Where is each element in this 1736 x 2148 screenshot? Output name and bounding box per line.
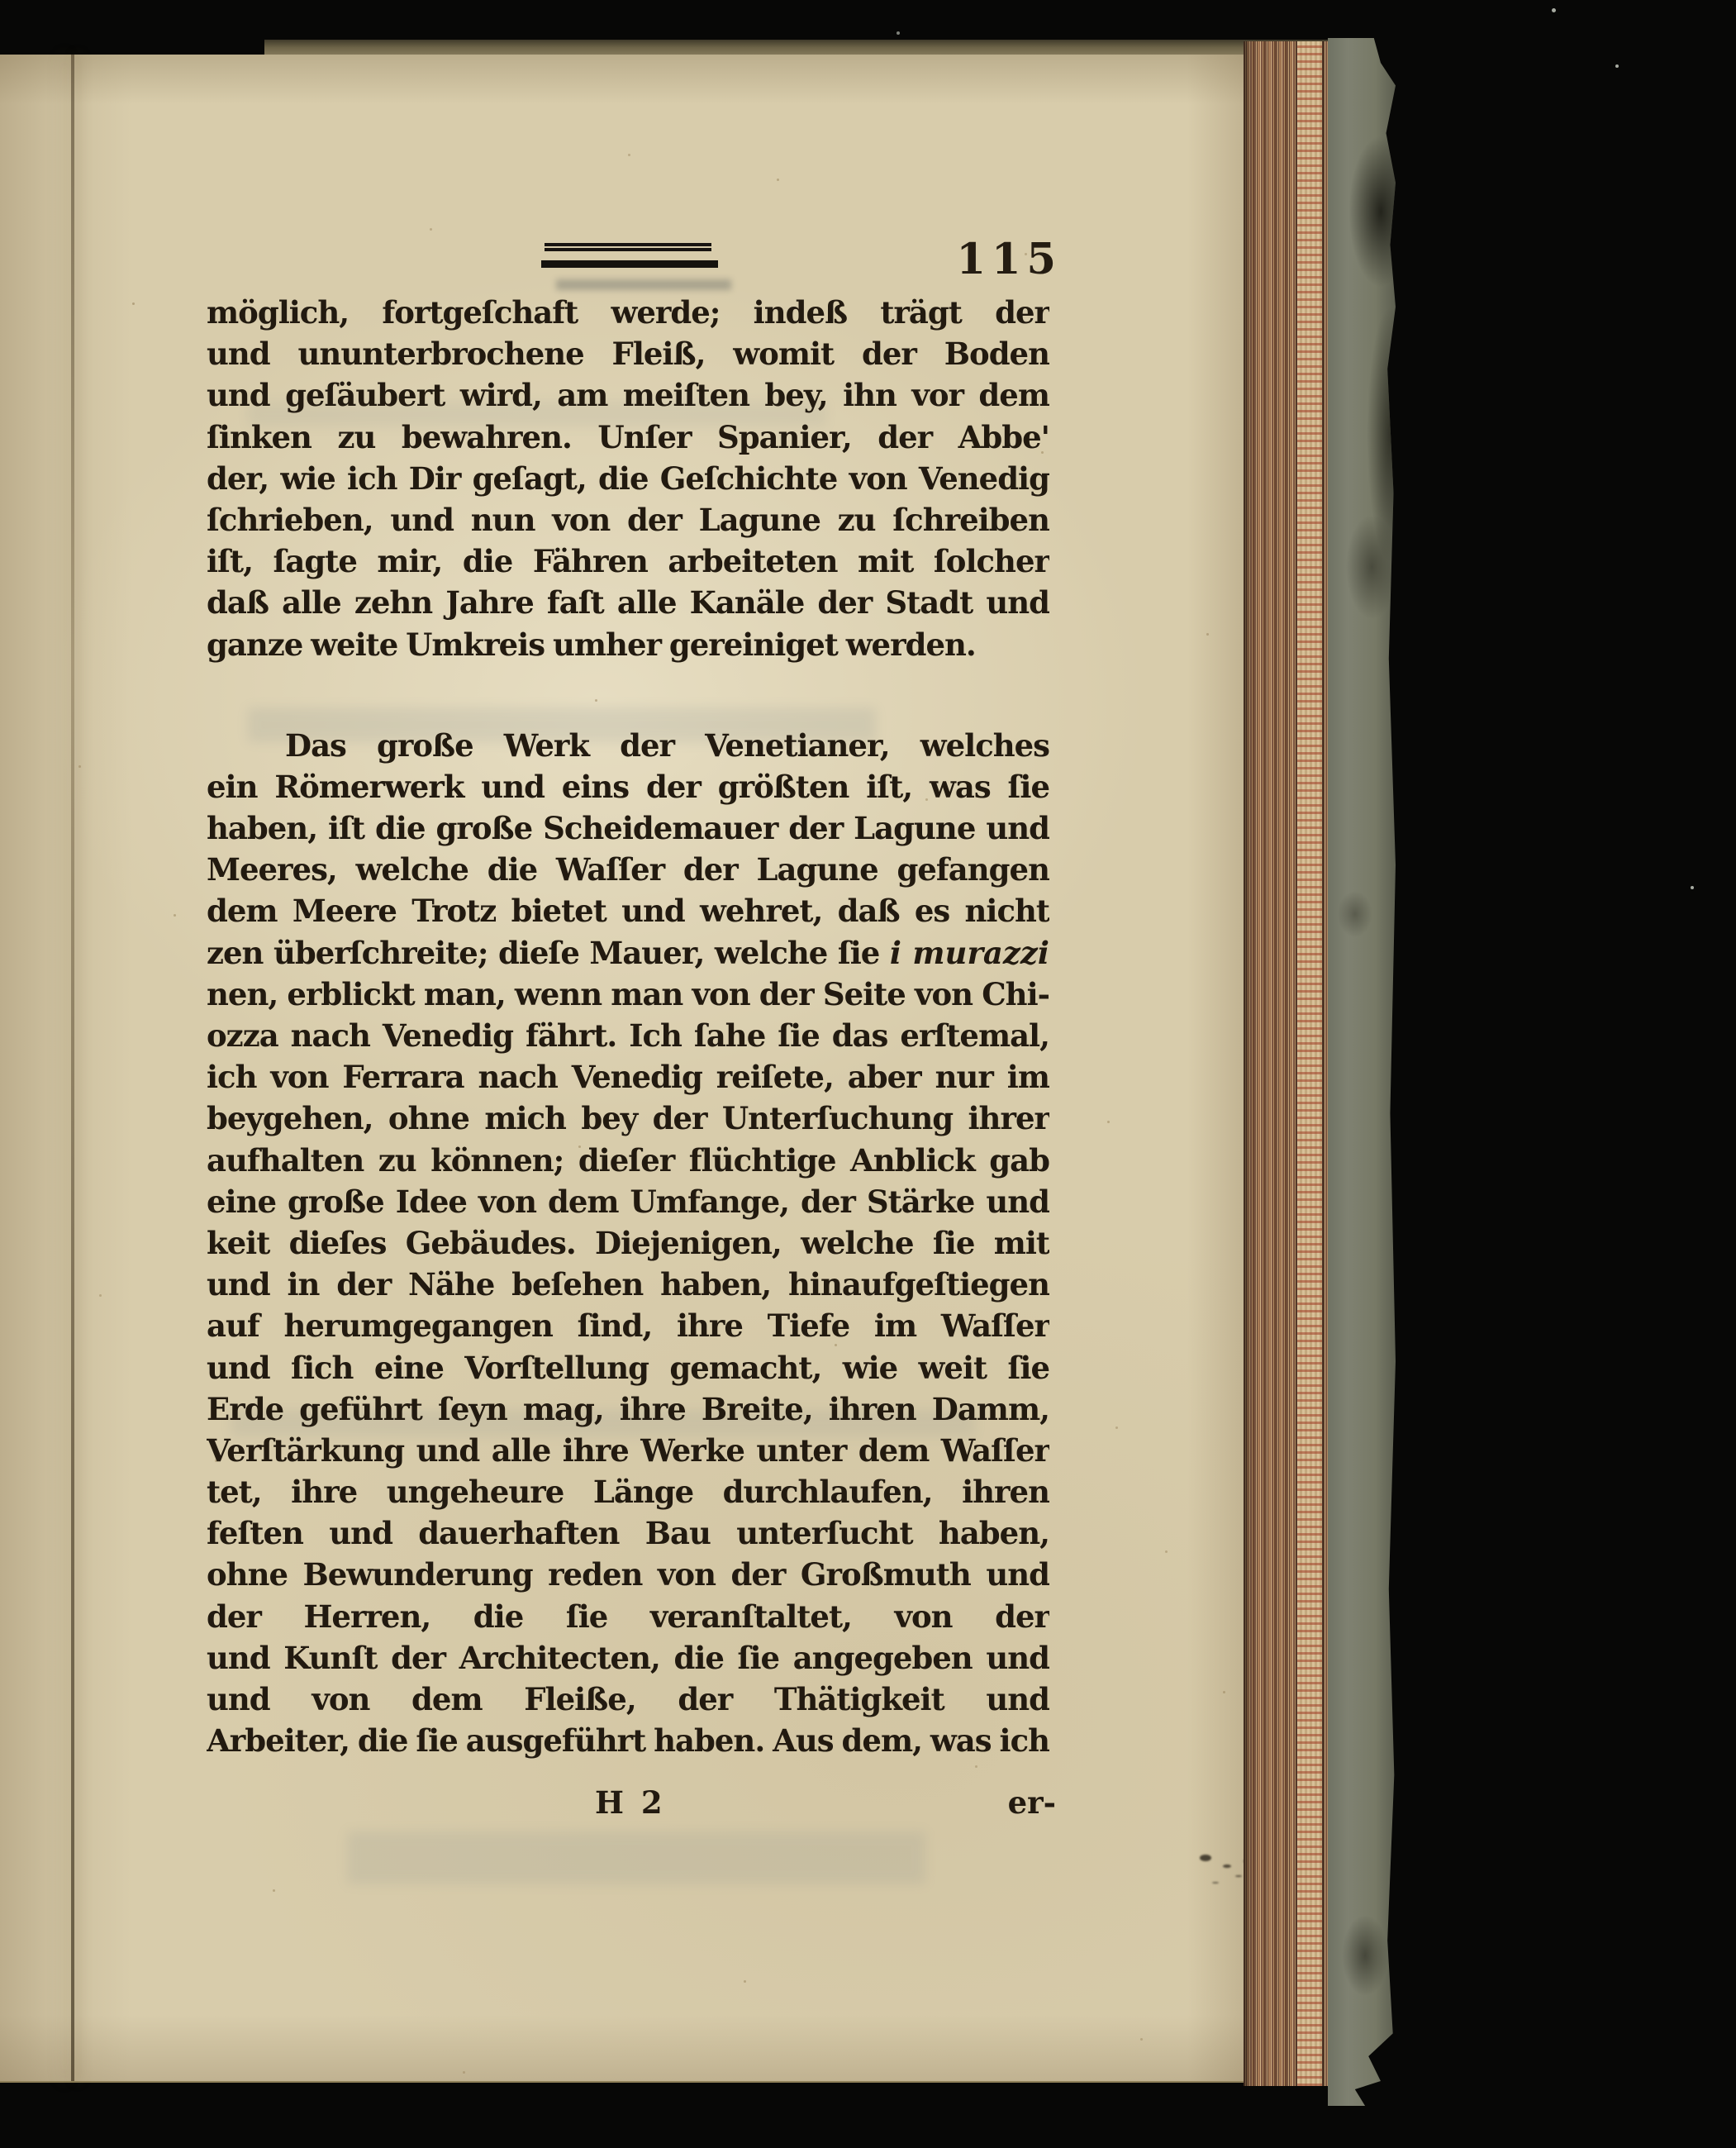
text-line: ſchrieben, und nun von der Lagune zu ſch… [207, 499, 1049, 541]
text-line: Das große Werk der Venetianer, welches w… [207, 725, 1049, 766]
text-line: Erde geführt ſeyn mag, ihre Breite, ihre… [207, 1388, 1049, 1430]
dust-speck [897, 31, 900, 35]
show-through-stain [347, 1831, 925, 1884]
dust-speck [1552, 8, 1556, 12]
text-line: haben, iſt die große Scheidemauer der La… [207, 807, 1049, 849]
fore-edge [1244, 41, 1329, 2086]
text-line: und ununterbrochene Fleiß, womit der Bod… [207, 333, 1049, 374]
text-line: und ſich eine Vorſtellung gemacht, wie w… [207, 1347, 1049, 1388]
page-number: 115 [942, 235, 1062, 284]
paragraph-1: möglich, fortgeſchaft werde; indeß trägt… [207, 292, 1049, 665]
header-rule-ornament [541, 243, 718, 293]
text-segment: zen überſchreite; dieſe Mauer, welche ſi… [207, 935, 890, 971]
text-line: nen, erblickt man, wenn man von der Seit… [207, 974, 1049, 1015]
header-rule-top [545, 243, 711, 246]
italic-phrase: i murazzi [890, 935, 1049, 971]
cover-edge [1328, 38, 1396, 2106]
text-line: feſten und dauerhaften Bau unterſucht ha… [207, 1512, 1049, 1554]
dust-speck [1615, 64, 1619, 68]
text-line: Meeres, welche die Waſſer der Lagune gef… [207, 849, 1049, 890]
text-line: möglich, fortgeſchaft werde; indeß trägt… [207, 292, 1049, 333]
text-line: und von dem Fleiße, der Thätigkeit und A… [207, 1679, 1049, 1720]
text-line-with-italic: zen überſchreite; dieſe Mauer, welche ſi… [207, 932, 1049, 974]
text-line: eine große Idee von dem Umfange, der Stä… [207, 1181, 1049, 1222]
text-line: ſinken zu bewahren. Unſer Spanier, der A… [207, 417, 1049, 458]
catchword: er- [1008, 1784, 1056, 1821]
book-page: 115 möglich, fortgeſchaft werde; indeß t… [0, 55, 1245, 2081]
text-line: ein Römerwerk und eins der größten iſt, … [207, 766, 1049, 807]
text-line: und geſäubert wird, am meiſten bey, ihn … [207, 374, 1049, 416]
text-line: tet, ihre ungeheure Länge durchlaufen, i… [207, 1471, 1049, 1512]
text-line: aufhalten zu können; dieſer flüchtige An… [207, 1140, 1049, 1181]
header-rule-showthrough [556, 279, 731, 290]
signature-mark: H 2 [595, 1784, 666, 1821]
text-line: der Herren, die ſie veranſtaltet, von de… [207, 1596, 1049, 1637]
text-line: ganze weite Umkreis umher gereiniget wer… [207, 624, 1049, 665]
text-line: keit dieſes Gebäudes. Diejenigen, welche… [207, 1222, 1049, 1264]
text-line: iſt, ſagte mir, die Fähren arbeiteten mi… [207, 541, 1049, 582]
paragraph-2: Das große Werk der Venetianer, welches w… [207, 725, 1049, 1762]
header-rule-bottom [541, 260, 718, 268]
text-line: Arbeiter, die ſie ausgeführt haben. Aus … [207, 1720, 1049, 1761]
text-line: auf herumgegangen ſind, ihre Tiefe im Wa… [207, 1305, 1049, 1346]
gutter-crease [71, 55, 74, 2081]
paper-flecks [0, 55, 2, 57]
text-line: ozza nach Venedig fährt. Ich ſahe ſie da… [207, 1015, 1049, 1056]
text-line: Verſtärkung und alle ihre Werke unter de… [207, 1430, 1049, 1471]
text-line: der, wie ich Dir geſagt, die Geſchichte … [207, 458, 1049, 499]
scanned-book-photo: 115 möglich, fortgeſchaft werde; indeß t… [0, 0, 1736, 2148]
text-line: daß alle zehn Jahre faſt alle Kanäle der… [207, 582, 1049, 623]
text-line: ohne Bewunderung reden von der Großmuth … [207, 1554, 1049, 1595]
text-line: beygehen, ohne mich bey der Unterſuchung… [207, 1098, 1049, 1139]
text-line: ich von Ferrara nach Venedig reiſete, ab… [207, 1056, 1049, 1098]
fore-edge-outer-pages [1296, 41, 1325, 2086]
text-line: und in der Nähe beſehen haben, hinaufgeſ… [207, 1264, 1049, 1305]
signature-line: H 2 er- [207, 1784, 1049, 1827]
ink-smudge [1200, 1855, 1211, 1861]
text-line: dem Meere Trotz bietet und wehret, daß e… [207, 890, 1049, 931]
dust-speck [1691, 886, 1694, 889]
text-block: möglich, fortgeſchaft werde; indeß trägt… [207, 292, 1049, 1827]
text-line: und Kunſt der Architecten, die ſie angeg… [207, 1637, 1049, 1679]
